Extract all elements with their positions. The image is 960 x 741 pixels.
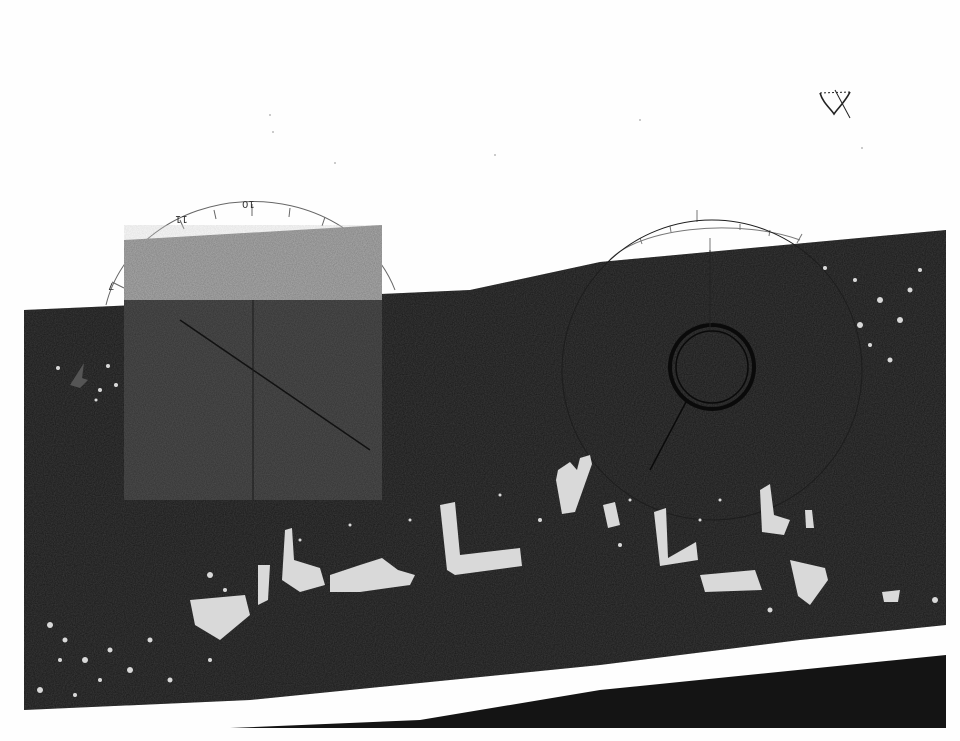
scan-image bbox=[0, 0, 960, 741]
arc-label-7: 7 bbox=[108, 280, 114, 290]
arc-label-10: 10 bbox=[242, 198, 255, 208]
arc-label-11: 11 bbox=[175, 213, 188, 223]
hand-drawn-mark-icon bbox=[820, 90, 850, 118]
scanned-page: 10 11 7 bbox=[0, 0, 960, 741]
inset-photo bbox=[124, 225, 382, 500]
paper-specks bbox=[269, 114, 863, 164]
